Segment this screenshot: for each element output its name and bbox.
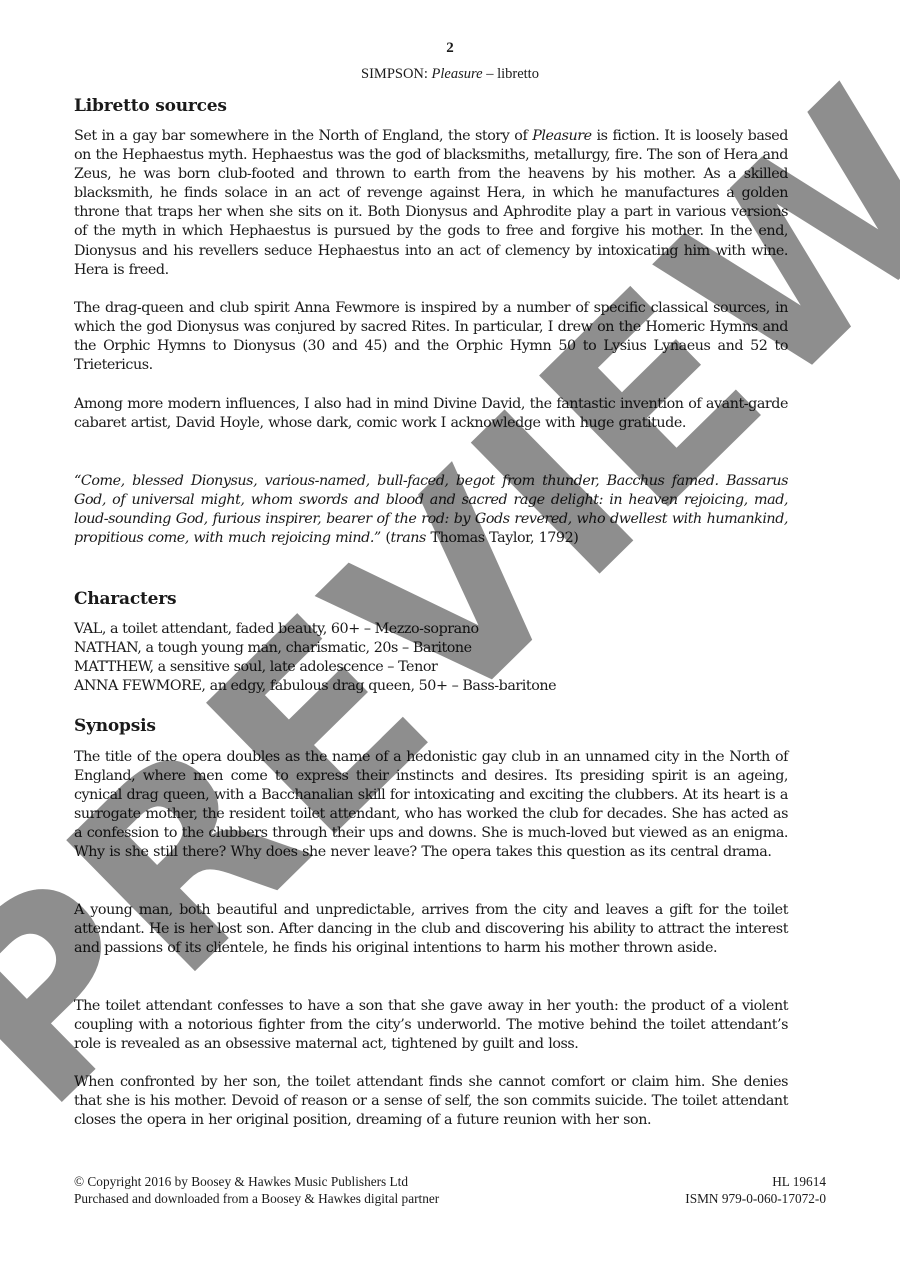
- page-number: 2: [0, 40, 900, 57]
- synopsis-paragraph: The title of the opera doubles as the na…: [74, 748, 788, 863]
- orphic-hymn-quote: “Come, blessed Dionysus, various-named, …: [74, 472, 788, 548]
- synopsis-paragraph: A young man, both beautiful and unpredic…: [74, 901, 788, 958]
- character-item: ANNA FEWMORE, an edgy, fabulous drag que…: [74, 677, 788, 696]
- synopsis-paragraph: When confronted by her son, the toilet a…: [74, 1073, 788, 1130]
- running-header-work-title: Pleasure: [432, 66, 483, 82]
- section-heading-characters: Characters: [74, 589, 788, 609]
- catalog-number: HL 19614: [685, 1173, 826, 1190]
- paragraph-sources-classical: The drag-queen and club spirit Anna Fewm…: [74, 299, 788, 375]
- footer-copyright-block: © Copyright 2016 by Boosey & Hawkes Musi…: [74, 1173, 439, 1207]
- quote-paren: (: [381, 530, 391, 546]
- paragraph-text: is fiction. It is loosely based on the H…: [74, 128, 788, 278]
- footer-catalog-block: HL 19614 ISMN 979-0-060-17072-0: [685, 1173, 826, 1207]
- purchase-notice: Purchased and downloaded from a Boosey &…: [74, 1190, 439, 1207]
- paragraph-sources-intro: Set in a gay bar somewhere in the North …: [74, 127, 788, 280]
- quote-credit: Thomas Taylor, 1792): [426, 530, 578, 546]
- running-header-author: SIMPSON:: [361, 66, 432, 82]
- paragraph-sources-modern: Among more modern influences, I also had…: [74, 395, 788, 433]
- section-heading-libretto-sources: Libretto sources: [74, 96, 788, 116]
- section-heading-synopsis: Synopsis: [74, 716, 788, 736]
- synopsis-paragraph: The toilet attendant confesses to have a…: [74, 997, 788, 1054]
- ismn-number: ISMN 979-0-060-17072-0: [685, 1190, 826, 1207]
- document-page: 2 SIMPSON: Pleasure – libretto PREVIEW L…: [0, 0, 900, 1273]
- running-header-suffix: – libretto: [483, 66, 539, 82]
- character-item: MATTHEW, a sensitive soul, late adolesce…: [74, 658, 788, 677]
- copyright-notice: © Copyright 2016 by Boosey & Hawkes Musi…: [74, 1173, 439, 1190]
- character-item: VAL, a toilet attendant, faded beauty, 6…: [74, 620, 788, 639]
- character-list: VAL, a toilet attendant, faded beauty, 6…: [74, 620, 788, 696]
- character-item: NATHAN, a tough young man, charismatic, …: [74, 639, 788, 658]
- running-header: SIMPSON: Pleasure – libretto: [0, 66, 900, 83]
- paragraph-text: Set in a gay bar somewhere in the North …: [74, 128, 532, 144]
- work-title-italic: Pleasure: [532, 128, 591, 144]
- quote-trans-label: trans: [391, 530, 426, 546]
